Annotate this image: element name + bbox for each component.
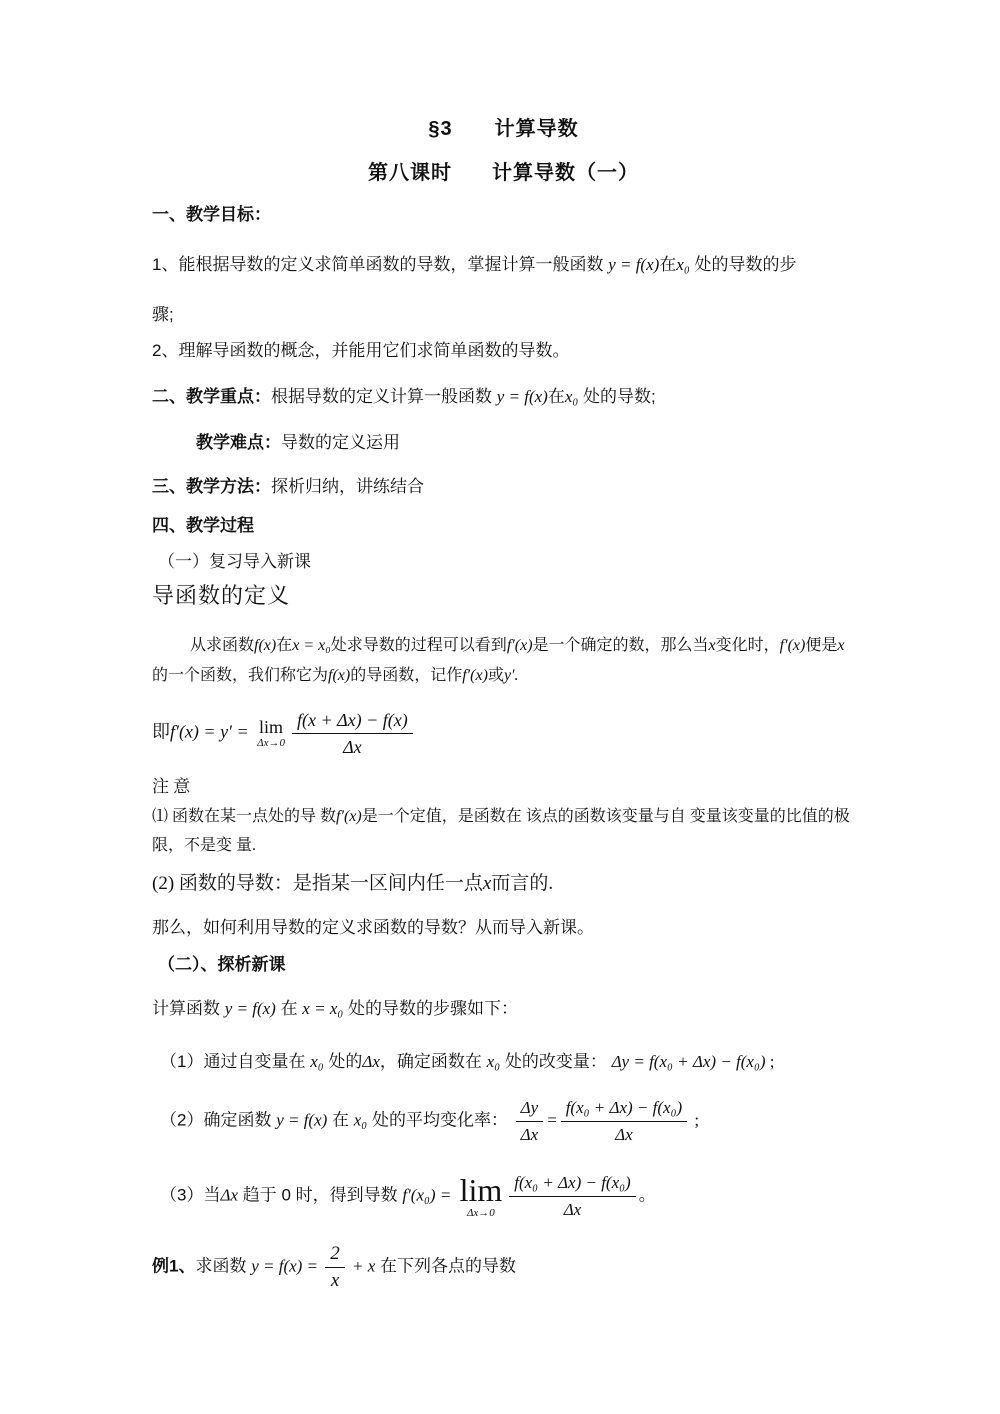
derivative-at-x0-fraction: f(x₀ + Δx) − f(x₀)Δx <box>509 1172 635 1221</box>
example-1: 例1、求函数 y = f(x) = 2x + x 在下列各点的导数 <box>152 1243 855 1292</box>
goal-item-1-line1: 1、能根据导数的定义求简单函数的导数，掌握计算一般函数 y = f(x)在x₀ … <box>152 254 855 276</box>
goal1-math-x0: x₀ <box>676 255 689 274</box>
example-label: 例1、 <box>152 1256 195 1275</box>
note-item-1: ⑴ 函数在某一点处的导 数f′(x)是一个定值，是函数在 该点的函数该变量与自 … <box>152 802 855 860</box>
goal1-text-1: 1、能根据导数的定义求简单函数的导数，掌握计算一般函数 <box>152 255 608 274</box>
step2-math-x0: x₀ <box>354 1110 367 1129</box>
avg-rate-lhs-numerator: Δy <box>516 1097 544 1122</box>
key-points-text-3: 处的导数; <box>578 387 655 406</box>
step3-text-3: 。 <box>639 1185 656 1204</box>
method-label: 三、教学方法： <box>152 477 271 496</box>
step2-math-yfx: y = f(x) <box>276 1110 327 1129</box>
avg-rate-rhs-fraction: f(x₀ + Δx) − f(x₀)Δx <box>561 1097 687 1146</box>
key-points-label: 二、教学重点： <box>152 387 271 406</box>
lim-word: lim <box>257 718 285 736</box>
derivative-fraction-denominator: Δx <box>509 1197 635 1221</box>
step1-math-x0b: x₀ <box>487 1052 500 1071</box>
defpara-text-4: 是一个确定的数，那么当 <box>533 637 709 654</box>
defpara-text-9: 或 <box>488 667 504 684</box>
fraction-denominator: Δx <box>292 734 413 758</box>
goal1-text-2: 在 <box>659 255 676 274</box>
defpara-math-4: x <box>709 637 716 654</box>
chapter-title: 计算导数 <box>495 118 579 140</box>
defpara-text-3: 处求导数的过程可以看到 <box>331 637 507 654</box>
key-points-text-2: 在 <box>548 387 565 406</box>
key-points-text-1: 根据导数的定义计算一般函数 <box>271 387 497 406</box>
defpara-math-8: f′(x) <box>462 667 488 684</box>
difference-quotient-fraction: f(x + Δx) − f(x)Δx <box>292 709 413 758</box>
document-page: §3计算导数 第八课时计算导数（一） 一、教学目标： 1、能根据导数的定义求简单… <box>0 0 1000 1414</box>
example-fraction: 2x <box>325 1243 345 1292</box>
heading-process: 四、教学过程 <box>152 515 855 537</box>
step3-text-2: 趋于 0 时，得到导数 <box>238 1185 402 1204</box>
intro-text-1: 计算函数 <box>152 999 225 1018</box>
defpara-text-7: 的一个函数，我们称它为 <box>152 667 328 684</box>
example-math-plus-x: + x <box>348 1256 376 1275</box>
note2-text-1: (2) 函数的导数：是指某一区间内任一点 <box>152 873 483 894</box>
method-text: 探析归纳，讲练结合 <box>271 477 424 496</box>
heading-new-lesson: （二）、探析新课 <box>152 954 855 976</box>
defpara-math-5: f′(x) <box>780 637 806 654</box>
lim-subscript-large: Δx→0 <box>460 1207 503 1219</box>
key-points-math-fx: y = f(x) <box>497 387 548 406</box>
step1-text-5: ; <box>766 1052 775 1071</box>
intro-math-yfx: y = f(x) <box>225 999 276 1018</box>
step1-text-3: ，确定函数在 <box>380 1052 487 1071</box>
step2-text-2: 在 <box>327 1110 353 1129</box>
note-item-2: (2) 函数的导数：是指某一区间内任一点x而言的. <box>152 873 855 895</box>
defpara-text-6: 便是 <box>805 637 837 654</box>
steps-intro: 计算函数 y = f(x) 在 x = x₀ 处的导数的步骤如下： <box>152 998 855 1020</box>
example-text-2: 在下列各点的导数 <box>375 1256 516 1275</box>
step2-text-1: （2）确定函数 <box>160 1110 276 1129</box>
note1-math-fx: f′(x) <box>336 808 362 825</box>
heading-method: 三、教学方法：探析归纳，讲练结合 <box>152 476 855 498</box>
formula-lhs: f′(x) = y′ = <box>170 722 253 742</box>
step1-text-2: 处的 <box>324 1052 363 1071</box>
limit-operator-large: limΔx→0 <box>460 1174 503 1219</box>
step1-math-x0a: x₀ <box>310 1052 323 1071</box>
notes-heading: 注 意 <box>152 776 855 798</box>
step-3: （3）当Δx 趋于 0 时，得到导数 f′(x₀) = limΔx→0f(x₀ … <box>152 1172 855 1221</box>
step2-text-4: ; <box>690 1110 699 1129</box>
defpara-text-2: 在 <box>276 637 292 654</box>
defpara-text-8: 的导函数，记作 <box>350 667 462 684</box>
definition-title: 导函数的定义 <box>152 585 855 607</box>
heading-teaching-goals: 一、教学目标： <box>152 204 855 226</box>
goal1-math-fx: y = f(x) <box>608 255 659 274</box>
defpara-text-5: 变化时， <box>716 637 780 654</box>
defpara-math-3: f′(x) <box>507 637 533 654</box>
lim-subscript: Δx→0 <box>257 737 285 749</box>
doc-subtitle: 第八课时计算导数（一） <box>152 162 855 184</box>
step1-text-4: 处的改变量： <box>500 1052 611 1071</box>
defpara-math-2: x = x₀ <box>292 637 331 654</box>
formula-prefix: 即 <box>152 722 170 742</box>
derivative-definition-formula: 即f′(x) = y′ = limΔx→0f(x + Δx) − f(x)Δx <box>152 709 855 758</box>
session-title: 计算导数（一） <box>492 162 639 184</box>
heading-difficulty: 教学难点：导数的定义运用 <box>152 432 855 454</box>
definition-paragraph: 从求函数f(x)在x = x₀处求导数的过程可以看到f′(x)是一个确定的数，那… <box>152 631 855 691</box>
defpara-math-7: f(x) <box>328 667 350 684</box>
limit-operator: limΔx→0 <box>257 718 285 749</box>
heading-key-points: 二、教学重点：根据导数的定义计算一般函数 y = f(x)在x₀ 处的导数; <box>152 386 855 408</box>
lim-word-large: lim <box>460 1174 503 1206</box>
step3-math-fprime: f′(x₀) = <box>402 1185 455 1204</box>
example-fraction-denominator: x <box>325 1268 345 1292</box>
heading-review-intro: （一）复习导入新课 <box>152 551 855 573</box>
step3-math-dx: Δx <box>220 1185 238 1204</box>
example-text-1: 求函数 <box>195 1256 251 1275</box>
step1-math-dy-equation: Δy = f(x₀ + Δx) − f(x₀) <box>612 1052 766 1071</box>
avg-rate-lhs-denominator: Δx <box>516 1122 544 1146</box>
step2-equals: = <box>546 1110 557 1129</box>
step2-text-3: 处的平均变化率： <box>367 1110 512 1129</box>
example-fraction-numerator: 2 <box>325 1243 345 1268</box>
goal1-text-3: 处的导数的步 <box>690 255 797 274</box>
step-2: （2）确定函数 y = f(x) 在 x₀ 处的平均变化率： ΔyΔx=f(x₀… <box>152 1097 855 1146</box>
step1-text-1: （1）通过自变量在 <box>160 1052 310 1071</box>
defpara-math-1: f(x) <box>254 637 276 654</box>
fraction-numerator: f(x + Δx) − f(x) <box>292 709 413 734</box>
defpara-math-9: y′. <box>504 667 519 684</box>
transition-sentence: 那么，如何利用导数的定义求函数的导数？从而导入新课。 <box>152 917 855 939</box>
session-label: 第八课时 <box>368 162 452 184</box>
defpara-text-1: 从求函数 <box>190 637 254 654</box>
defpara-math-6: x <box>837 637 844 654</box>
note2-text-2: 而言的. <box>491 873 553 894</box>
chapter-number: §3 <box>428 118 452 140</box>
difficulty-text: 导数的定义运用 <box>281 433 400 452</box>
example-math-lhs: y = f(x) = <box>251 1256 322 1275</box>
intro-text-2: 在 <box>276 999 302 1018</box>
derivative-fraction-numerator: f(x₀ + Δx) − f(x₀) <box>509 1172 635 1197</box>
step3-text-1: （3）当 <box>160 1185 220 1204</box>
difficulty-label: 教学难点： <box>196 433 281 452</box>
goal-item-1-line2: 骤; <box>152 304 855 326</box>
avg-rate-lhs-fraction: ΔyΔx <box>516 1097 544 1146</box>
step-1: （1）通过自变量在 x₀ 处的Δx，确定函数在 x₀ 处的改变量： Δy = f… <box>152 1051 855 1073</box>
intro-math-xx0: x = x₀ <box>302 999 343 1018</box>
goal-item-2: 2、理解导函数的概念，并能用它们求简单函数的导数。 <box>152 340 855 362</box>
avg-rate-rhs-denominator: Δx <box>561 1122 687 1146</box>
intro-text-3: 处的导数的步骤如下： <box>343 999 518 1018</box>
doc-title: §3计算导数 <box>152 118 855 140</box>
step1-math-dx: Δx <box>362 1052 380 1071</box>
note1-text-1: ⑴ 函数在某一点处的导 数 <box>152 808 336 825</box>
key-points-math-x0: x₀ <box>565 387 578 406</box>
avg-rate-rhs-numerator: f(x₀ + Δx) − f(x₀) <box>561 1097 687 1122</box>
